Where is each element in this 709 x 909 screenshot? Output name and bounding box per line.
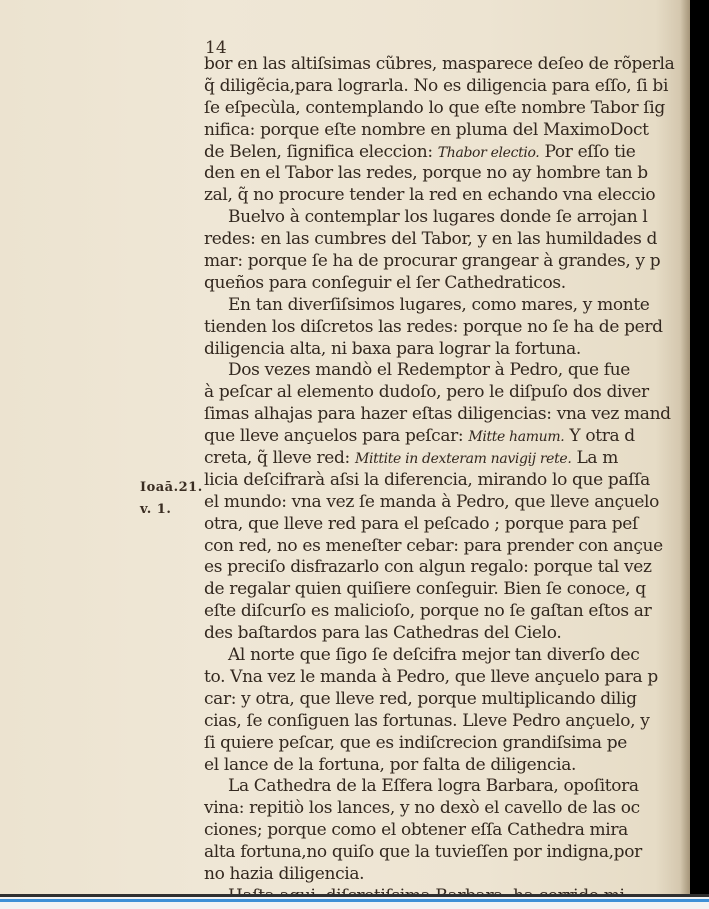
text-line: bor en las altiſsimas cũbres, masparece … — [204, 54, 690, 76]
margin-note-citation: Ioaā.21. — [140, 480, 203, 495]
text-line: Dos vezes mandò el Redemptor à Pedro, qu… — [204, 360, 690, 382]
text-line: otra, que lleve red para el peſcado ; po… — [204, 514, 690, 536]
text-line: alta fortuna,no quiſo que la tuvieſſen p… — [204, 842, 690, 864]
text-line: ciones; porque como el obtener eſſa Cath… — [204, 820, 690, 842]
text-line: es preciſo disfrazarlo con algun regalo:… — [204, 557, 690, 579]
text-line: con red, no es meneſter cebar: para pren… — [204, 536, 690, 558]
text-line: de Belen, ſignifica eleccion: Thabor ele… — [204, 142, 690, 164]
latin-quotation: Mittite in dexteram navigij rete. — [355, 451, 571, 467]
text-line: ſe eſpecùla, contemplando lo que eſte no… — [204, 98, 690, 120]
text-line: car: y otra, que lleve red, porque multi… — [204, 689, 690, 711]
text-line: ſimas alhajas para hazer eſtas diligenci… — [204, 404, 690, 426]
text-line: tienden los diſcretos las redes: porque … — [204, 317, 690, 339]
viewer-bottom-bar — [0, 894, 709, 909]
text-line: den en el Tabor las redes, porque no ay … — [204, 163, 690, 185]
text-line: mar: porque ſe ha de procurar grangear à… — [204, 251, 690, 273]
text-line: el lance de la fortuna, por falta de dil… — [204, 755, 690, 777]
body-text: bor en las altiſsimas cũbres, masparece … — [204, 54, 690, 894]
text-run: creta, q̃ lleve red: — [204, 448, 355, 468]
text-run: Por eſſo tie — [539, 142, 635, 162]
text-line: cias, ſe conſiguen las fortunas. Lleve P… — [204, 711, 690, 733]
latin-quotation: Mitte hamum. — [468, 429, 564, 445]
text-line: Buelvo à contemplar los lugares donde ſe… — [204, 207, 690, 229]
text-line: nifica: porque eſte nombre en pluma del … — [204, 120, 690, 142]
text-line: eſte diſcurſo es malicioſo, porque no ſe… — [204, 601, 690, 623]
margin-note-verse: v. 1. — [140, 502, 171, 517]
show-through-marks — [100, 0, 240, 30]
text-run: Y otra d — [564, 426, 635, 446]
text-line: que lleve ançuelos para peſcar: Mitte ha… — [204, 426, 690, 448]
text-line: ſi quiere peſcar, que es indiſcrecion gr… — [204, 733, 690, 755]
text-line: to. Vna vez le manda à Pedro, que lleve … — [204, 667, 690, 689]
text-line: La Cathedra de la Eſfera logra Barbara, … — [204, 776, 690, 798]
text-line: queños para conſeguir el ſer Cathedratic… — [204, 273, 690, 295]
text-line: vina: repitiò los lances, y no dexò el c… — [204, 798, 690, 820]
text-line: creta, q̃ lleve red: Mittite in dexteram… — [204, 448, 690, 470]
text-line: el mundo: vna vez ſe manda à Pedro, que … — [204, 492, 690, 514]
text-run: de Belen, ſignifica eleccion: — [204, 142, 438, 162]
text-line: no hazia diligencia. — [204, 864, 690, 886]
text-line: des baſtardos para las Cathedras del Cie… — [204, 623, 690, 645]
latin-quotation: Thabor electio. — [438, 145, 540, 161]
scanned-page: 14 Ioaā.21. v. 1. bor en las altiſsimas … — [0, 0, 690, 894]
accent-strip — [0, 899, 709, 902]
text-line: q̃ diligẽcia,para lograrla. No es dilige… — [204, 76, 690, 98]
text-line: à peſcar al elemento dudoſo, pero le diſ… — [204, 382, 690, 404]
document-viewer: 14 Ioaā.21. v. 1. bor en las altiſsimas … — [0, 0, 709, 898]
text-line: licia deſcifrarà aſsi la diferencia, mir… — [204, 470, 690, 492]
text-line: En tan diverſiſsimos lugares, como mares… — [204, 295, 690, 317]
text-line: de regalar quien quiſiere conſeguir. Bie… — [204, 579, 690, 601]
text-run: La m — [571, 448, 618, 468]
text-line: zal, q̃ no procure tender la red en echa… — [204, 185, 690, 207]
text-line: redes: en las cumbres del Tabor, y en la… — [204, 229, 690, 251]
text-line: Al norte que ſigo ſe deſcifra mejor tan … — [204, 645, 690, 667]
text-line: diligencia alta, ni baxa para lograr la … — [204, 339, 690, 361]
text-run: que lleve ançuelos para peſcar: — [204, 426, 468, 446]
text-line: Haſta aqui, diſcretiſsima Barbara, ha co… — [204, 886, 690, 894]
